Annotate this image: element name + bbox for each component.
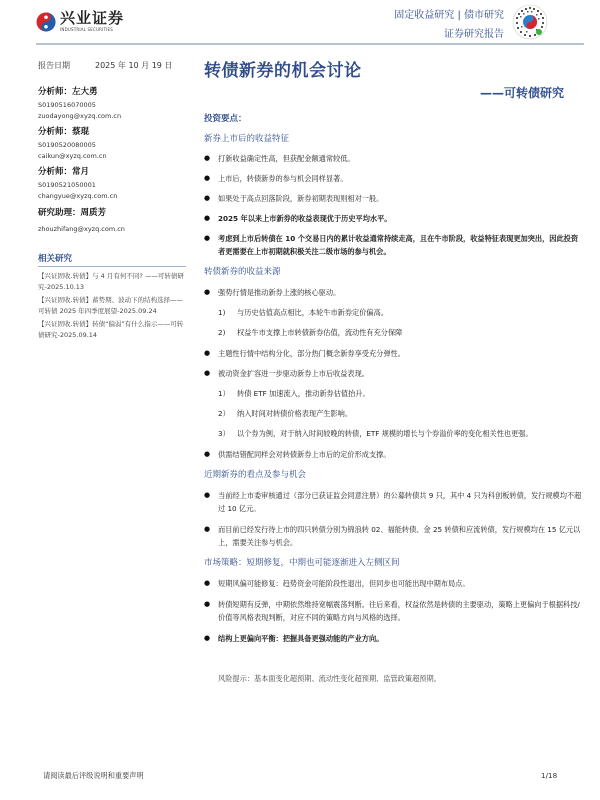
bullet-item: 而目前已经发行待上市的四只转债分别为锦浪转 02、福能转债、金 25 转债和应流… (204, 523, 584, 549)
numbered-item: 3） 以个券为例，对于纳入时间较晚的转债，ETF 规模的增长与个券溢价率的变化相… (204, 427, 584, 440)
bullet-item: 强势行情是推动新券上涨的核心驱动。 (204, 286, 584, 299)
item-number: 1) (218, 306, 225, 319)
logo-english-name: INDUSTRIAL SECURITIES (60, 27, 124, 33)
analyst-block: 分析师：左大勇 S0190516070005 zuodayong@xyzq.co… (38, 86, 186, 122)
page-number: 1/18 (541, 771, 557, 780)
sidebar: 报告日期 2025 年 10 月 19 日 分析师：左大勇 S019051607… (38, 60, 186, 341)
page-header: 兴业证券 INDUSTRIAL SECURITIES 固定收益研究 | 债市研究… (0, 0, 600, 48)
logo-chinese-name: 兴业证券 (60, 10, 124, 26)
section-title: 新券上市后的收益特征 (204, 133, 584, 145)
analyst-name: 分析师：常月 (38, 166, 186, 178)
report-date: 报告日期 2025 年 10 月 19 日 (38, 60, 186, 72)
assistant-block: 研究助理：周质芳 zhouzhifang@xyzq.com.cn (38, 207, 186, 235)
bullet-item: 上市后，转债新券的参与机会同样显著。 (204, 172, 584, 185)
item-text: 纳入时间对转债价格表现产生影响。 (237, 409, 352, 418)
item-number: 2) (218, 326, 225, 339)
analyst-block: 分析师：常月 S0190521050001 changyue@xyzq.com.… (38, 166, 186, 202)
related-research-link[interactable]: 【兴证固收.转债】蓄势期、波动下的结构选择——可转债 2025 年四季度展望-2… (38, 295, 186, 317)
item-number: 1） (218, 387, 230, 400)
logo-mark-icon (36, 12, 56, 32)
qr-code-icon (512, 4, 548, 40)
bullet-item: 被动资金扩容进一步驱动新券上市后收益表现。 (204, 367, 584, 380)
report-category: 固定收益研究 | 债市研究 (394, 9, 504, 23)
main-content: 转债新券的机会讨论 ——可转债研究 投资要点： 新券上市后的收益特征 打新收益确… (204, 60, 584, 685)
bullet-item: 短期风偏可能修复：趋势资金可能阶段性退出，但同步也可能出现中期布局点。 (204, 577, 584, 590)
section-title: 转债新券的收益来源 (204, 266, 584, 278)
report-date-value: 2025 年 10 月 19 日 (95, 60, 172, 72)
analyst-block: 分析师：蔡琨 S0190520080005 caikun@xyzq.com.cn (38, 126, 186, 162)
assistant-name: 研究助理：周质芳 (38, 207, 186, 219)
document-subtitle: ——可转债研究 (204, 85, 584, 101)
bullet-list: 当前经上市委审核通过（部分已获证监会同意注册）的公募转债共 9 只，其中 4 只… (204, 489, 584, 549)
bullet-item: 2025 年以来上市新券的收益表现优于历史平均水平。 (204, 212, 584, 225)
bullet-item: 打新收益确定性高，但获配金额通常较低。 (204, 152, 584, 165)
footer-disclaimer: 请阅读最后评级说明和重要声明 (43, 771, 144, 781)
item-number: 2） (218, 407, 230, 420)
analyst-license-id: S0190521050001 (38, 180, 186, 191)
numbered-item: 2) 权益牛市支撑上市转债新券估值，流动性有充分保障 (204, 326, 584, 339)
bullet-item: 主题性行情中结构分化，部分热门概念新券享受充分弹性。 (204, 347, 584, 360)
related-research-title: 相关研究 (38, 253, 186, 267)
related-research-link[interactable]: 【兴证固收.转债】与 4 月有何不同? ——可转债研究-2025.10.13 (38, 271, 186, 293)
analyst-license-id: S0190516070005 (38, 100, 186, 111)
report-type: 证券研究报告 (394, 28, 504, 42)
item-text: 权益牛市支撑上市转债新券估值，流动性有充分保障 (237, 328, 402, 337)
key-points-label: 投资要点： (204, 113, 584, 125)
related-research-link[interactable]: 【兴证固收.转债】转债“偏弱”有什么指示——可转债研究-2025.09.14 (38, 319, 186, 341)
item-number: 3） (218, 427, 230, 440)
bullet-item: 结构上更偏向平衡：把握具备更强动能的产业方向。 (204, 632, 584, 645)
section-title: 近期新券的看点及参与机会 (204, 469, 584, 481)
analyst-email[interactable]: caikun@xyzq.com.cn (38, 151, 186, 162)
document-title: 转债新券的机会讨论 (204, 60, 584, 82)
company-logo: 兴业证券 INDUSTRIAL SECURITIES (36, 10, 124, 33)
bullet-list: 打新收益确定性高，但获配金额通常较低。 上市后，转债新券的参与机会同样显著。 如… (204, 152, 584, 258)
bullet-item: 当前经上市委审核通过（部分已获证监会同意注册）的公募转债共 9 只，其中 4 只… (204, 489, 584, 515)
analyst-name: 分析师：蔡琨 (38, 126, 186, 138)
analyst-email[interactable]: changyue@xyzq.com.cn (38, 191, 186, 202)
item-text: 以个券为例，对于纳入时间较晚的转债，ETF 规模的增长与个券溢价率的变化相关性也… (237, 429, 533, 438)
analyst-email[interactable]: zuodayong@xyzq.com.cn (38, 111, 186, 122)
section-title: 市场策略：短期修复，中期也可能逐渐进入左侧区间 (204, 557, 584, 569)
bullet-list: 供需结错配同样会对转债新券上市后的定价形成支撑。 (204, 448, 584, 461)
risk-warning: 风险提示：基本面变化超预期、流动性变化超预期、监管政策超预期。 (204, 673, 584, 685)
bullet-list: 短期风偏可能修复：趋势资金可能阶段性退出，但同步也可能出现中期布局点。 转债短期… (204, 577, 584, 645)
bullet-list: 强势行情是推动新券上涨的核心驱动。 (204, 286, 584, 299)
analyst-license-id: S0190520080005 (38, 140, 186, 151)
bullet-item: 供需结错配同样会对转债新券上市后的定价形成支撑。 (204, 448, 584, 461)
item-text: 与历史估值高点相比，本轮牛市新券定价偏高。 (237, 308, 388, 317)
bullet-item: 考虑到上市后转债在 10 个交易日内的累计收益通常持续走高，且在牛市阶段，收益特… (204, 232, 584, 258)
bullet-item: 如果处于高点回落阶段，新券初期表现则相对一般。 (204, 192, 584, 205)
related-research: 相关研究 【兴证固收.转债】与 4 月有何不同? ——可转债研究-2025.10… (38, 253, 186, 341)
analyst-name: 分析师：左大勇 (38, 86, 186, 98)
numbered-item: 1) 与历史估值高点相比，本轮牛市新券定价偏高。 (204, 306, 584, 319)
numbered-item: 1） 转债 ETF 加速流入，推动新券估值抬升。 (204, 387, 584, 400)
bullet-item: 转债短期有反弹，中期依然维持宽幅震荡判断。往后来看，权益依然是转债的主要驱动，策… (204, 598, 584, 624)
bullet-list: 主题性行情中结构分化，部分热门概念新券享受充分弹性。 被动资金扩容进一步驱动新券… (204, 347, 584, 380)
assistant-email[interactable]: zhouzhifang@xyzq.com.cn (38, 224, 186, 235)
numbered-item: 2） 纳入时间对转债价格表现产生影响。 (204, 407, 584, 420)
header-divider (36, 43, 584, 45)
report-date-label: 报告日期 (38, 60, 95, 72)
item-text: 转债 ETF 加速流入，推动新券估值抬升。 (237, 389, 370, 398)
